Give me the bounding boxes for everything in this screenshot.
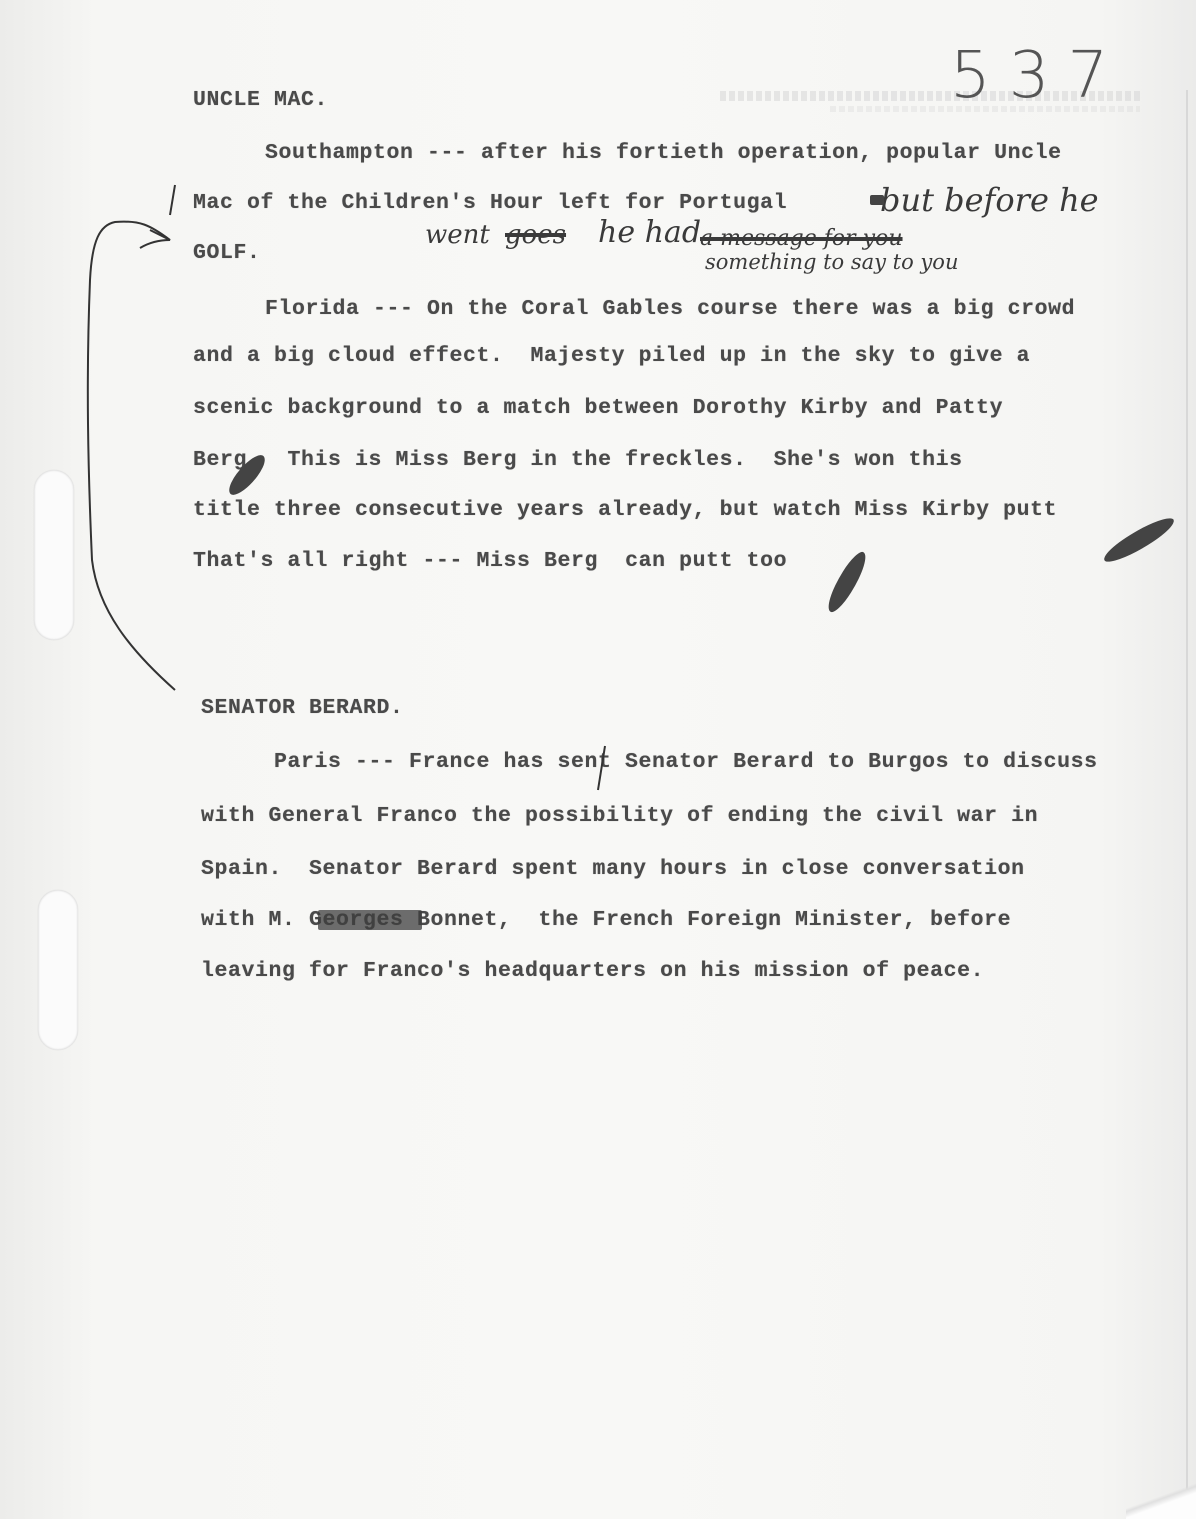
handwritten-bracket-arrow: [0, 0, 1196, 1519]
document-page: 537 UNCLE MAC. Southampton --- after his…: [0, 0, 1196, 1519]
page-corner-fold: [1126, 1479, 1196, 1519]
